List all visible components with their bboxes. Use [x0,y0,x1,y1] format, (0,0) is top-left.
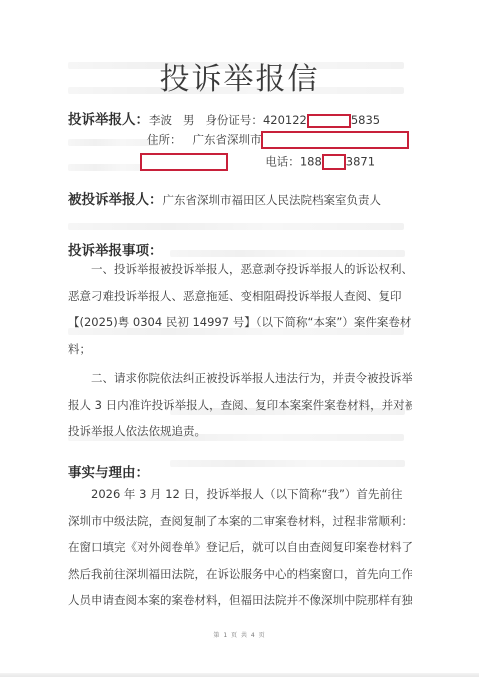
respondent-line: 被投诉举报人：广东省深圳市福田区人民法院档案室负责人 [68,188,381,208]
matter-item-2-line: 投诉举报人依法依规追责。 [68,418,412,445]
phone-suffix: 3871 [346,155,375,169]
matter-item-1-line: 料； [68,336,412,363]
bleed-through-text [68,223,404,230]
bleed-through-text [170,460,405,467]
address-label: 住所： [147,133,182,147]
page-bottom-edge [0,673,479,677]
facts-body: 2026 年 3 月 12 日，投诉举报人（以下简称“我”）首先前往 深圳市中级… [68,481,412,614]
address-redaction-box [261,131,409,149]
id-prefix: 420122 [263,113,307,127]
matter-item-1-line: 【(2025)粤 0304 民初 14997 号】（以下简称“本案”）案件案卷材 [68,309,412,336]
phone-redaction-box [322,154,346,170]
complainant-label: 投诉举报人： [68,112,149,128]
document-page: 投诉举报信 投诉举报人：李波 男 身份证号：4201225835 住所： 广东省… [0,0,479,677]
page-number: 第 1 页 共 4 页 [0,630,479,639]
complainant-name: 李波 [149,113,172,127]
matter-item-1-line: 一、投诉举报被投诉举报人，恶意剥夺投诉举报人的诉讼权利、 [68,256,412,283]
address-line: 住所： 广东省深圳市 [147,131,409,149]
address-cont-redaction-box [140,153,228,171]
facts-heading-line: 事实与理由： [68,461,149,481]
phone-label: 电话： [265,155,300,169]
facts-line: 人员申请查阅本案的案卷材料，但福田法院并不像深圳中院那样有独 [68,587,412,614]
matter-item-2-line: 报人 3 日内准许投诉举报人，查阅、复印本案案件案卷材料，并对被 [68,392,412,419]
respondent-value: 广东省深圳市福田区人民法院档案室负责人 [163,193,382,207]
facts-line: 在窗口填完《对外阅卷单》登记后，就可以自由查阅复印案卷材料了。 [68,534,412,561]
matter-item-2: 二、请求你院依法纠正被投诉举报人违法行为，并责令被投诉举 报人 3 日内准许投诉… [68,365,412,445]
matter-item-1: 一、投诉举报被投诉举报人，恶意剥夺投诉举报人的诉讼权利、 恶意刁难投诉举报人、恶… [68,256,412,362]
facts-line: 2026 年 3 月 12 日，投诉举报人（以下简称“我”）首先前往 [68,481,412,508]
complainant-line: 投诉举报人：李波 男 身份证号：4201225835 [68,108,380,128]
matter-item-2-line: 二、请求你院依法纠正被投诉举报人违法行为，并责令被投诉举 [68,365,412,392]
facts-line: 深圳市中级法院，查阅复制了本案的二审案卷材料，过程非常顺利： [68,508,412,535]
phone-line: 电话：1883871 [140,153,375,171]
facts-line: 然后我前往深圳福田法院，在诉讼服务中心的档案窗口，首先向工作 [68,561,412,588]
bleed-through-text [68,139,158,146]
id-label: 身份证号： [205,113,263,127]
facts-heading: 事实与理由： [68,465,149,481]
document-title: 投诉举报信 [0,54,479,98]
address-visible: 广东省深圳市 [192,133,261,147]
phone-prefix: 188 [300,155,322,169]
complainant-gender: 男 [183,113,195,127]
respondent-label: 被投诉举报人： [68,192,163,208]
matter-item-1-line: 恶意刁难投诉举报人、恶意拖延、变相阻碍投诉举报人查阅、复印 [68,283,412,310]
id-suffix: 5835 [351,113,380,127]
id-redaction-box [307,114,351,128]
